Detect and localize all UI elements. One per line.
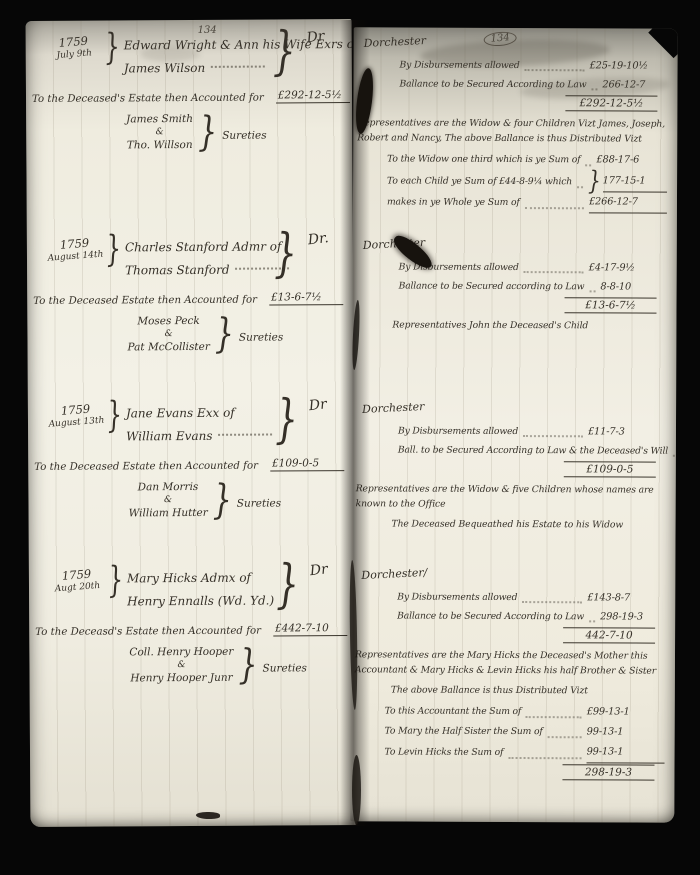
disbursements-amount: £4-17-9½ [589,258,667,277]
dotted-leader [589,290,595,292]
debtor-name-line2: Henry Ennalls (Wd. Yd.) [127,589,289,613]
balance-amount: 8-8-10 [600,277,666,296]
representatives-note: Representatives are the Mary Hicks the D… [355,647,669,678]
ledger-entry-stanford: 1759 August 14th } Charles Stanford Admr… [27,233,354,355]
ledger-entry-evans: 1759 August 13th } Jane Evans Exx of Wil… [28,399,355,521]
account-amount: £442-7-10 [273,622,347,636]
bleed-through-smudge [140,46,200,62]
brace-glyph: } [198,109,217,156]
debtor-names: Jane Evans Exx of William Evans [126,401,288,448]
brace-glyph: } [103,25,121,68]
account-amount: £292-12-5½ [276,89,350,103]
dotted-leader [589,620,595,622]
bequest-note: The Deceased Bequeathed his Estate to hi… [392,516,670,532]
distribution-amount: £88-17-6 [596,150,667,170]
dr-abbreviation: Dr [308,396,328,414]
dr-abbreviation: Dr. [307,230,329,248]
credit-rows: By Disbursements allowed £11-7-3 Ball. t… [398,421,666,477]
balance-amount: 298-19-3 [600,607,665,626]
representatives-note: Representatives are the Widow & five Chi… [356,481,670,512]
debtor-name-line1: Mary Hicks Admx of [127,566,289,590]
brace-glyph: } [104,227,122,270]
credit-rows: By Disbursements allowed £143-8-7 Ballan… [397,587,665,643]
ampersand: & [126,126,193,139]
brace-glyph: } [215,311,234,358]
total-amount: £13-6-7½ [564,297,656,313]
dr-abbreviation: Dr [306,28,326,46]
ledger-entry-hicks: 1759 Augt 20th } Mary Hicks Admx of Henr… [29,564,356,686]
debtor-name-line2: James Wilson [124,56,286,80]
representatives-note: Representatives are the Widow & four Chi… [357,115,671,146]
account-line: To the Deceased Estate then Accounted fo… [33,291,339,307]
account-text: To the Deceased's Estate then Accounted … [32,93,264,105]
ledger-scan-photo: 134 1759 July 9th } Edward Wright & Ann … [0,0,700,875]
surety-name-1: Coll. Henry Hooper [129,646,233,660]
brace-glyph: } [588,167,601,193]
distribution-amount: 177-15-1 [603,171,668,192]
distribution-label: To Mary the Half Sister the Sum of [385,721,543,742]
brace-glyph: } [106,558,124,601]
distribution-row: To Levin Hicks the Sum of 99-13-1 [385,741,665,763]
credit-section-hicks: Dorchester/ By Disbursements allowed £14… [350,567,675,780]
dotted-leader [526,716,582,718]
debtor-name-line2: William Evans [126,424,288,448]
balance-label: Ballance to be Secured according to Law [399,276,585,296]
account-line: To the Deceased Estate then Accounted fo… [34,457,340,473]
surety-name-2: Pat McCollister [128,341,210,355]
brace-glyph: } [276,555,299,615]
distribution-row: To the Widow one third which is ye Sum o… [387,149,667,170]
distribution-rows: To this Accountant the Sum of £99-13-1 T… [384,701,664,780]
sureties-block: James Smith & Tho. Willson } Sureties [126,112,352,152]
disbursements-amount: £11-7-3 [588,422,666,441]
dotted-leader [577,186,583,188]
ampersand: & [127,328,209,342]
distribution-label: To the Widow one third which is ye Sum o… [387,149,580,170]
account-amount: £13-6-7½ [269,291,343,305]
distribution-total: £266-12-7 [589,192,667,213]
ink-blot [196,812,220,819]
dotted-leader [524,271,584,273]
sureties-label: Sureties [237,497,281,509]
total-row: £109-0-5 [398,460,656,477]
total-amount: £109-0-5 [564,461,656,477]
sureties-label: Sureties [222,129,266,141]
distribution-total: 298-19-3 [562,764,654,780]
dotted-leader [525,207,584,209]
distribution-total-row: 298-19-3 [384,763,654,780]
brace-glyph: } [213,477,232,524]
total-amount: 442-7-10 [563,627,655,643]
surety-name-2: Henry Hooper Junr [130,672,234,686]
sureties-block: Moses Peck & Pat McCollister } Sureties [127,314,353,354]
representatives-note: Representatives John the Deceased's Chil… [392,317,670,333]
dotted-leader [218,434,272,436]
debtor-names: Charles Stanford Admr of Thomas Stanford [125,235,287,282]
distribution-label: To this Accountant the Sum of [385,701,522,722]
disbursements-label: By Disbursements allowed [398,421,518,441]
total-row: £13-6-7½ [398,296,656,313]
disbursements-row: By Disbursements allowed £4-17-9½ [399,257,667,277]
sureties-block: Coll. Henry Hooper & Henry Hooper Junr }… [129,645,355,685]
distribution-amount: 99-13-1 [587,742,665,763]
debtor-names: Mary Hicks Admx of Henry Ennalls (Wd. Yd… [127,566,289,613]
sureties-label: Sureties [262,662,306,674]
account-line: To the Deceasd's Estate then Accounted f… [35,622,341,638]
entry-date: 1759 July 9th } [31,32,117,63]
disbursements-amount: £25-19-10½ [590,56,668,75]
sureties-block: Dan Morris & William Hutter } Sureties [128,480,354,520]
surety-names: James Smith & Tho. Willson [126,113,193,152]
distribution-label: To each Child ye Sum of £44-8-9¼ which [387,171,572,192]
entry-date: 1759 August 14th } [32,234,118,265]
distribution-note: The above Ballance is thus Distributed V… [391,682,669,698]
distribution-amount: 99-13-1 [587,722,665,742]
surety-name-1: Dan Morris [128,481,207,494]
brace-glyph: } [275,390,298,450]
balance-row: Ball. to be Secured According to Law & t… [398,440,666,460]
account-amount: £109-0-5 [270,457,344,471]
distribution-row: To each Child ye Sum of £44-8-9¼ which }… [387,169,667,192]
disbursements-row: By Disbursements allowed £143-8-7 [397,587,665,607]
sureties-label: Sureties [239,331,283,343]
surety-names: Dan Morris & William Hutter [128,481,207,520]
account-text: To the Deceased Estate then Accounted fo… [33,295,257,307]
surety-names: Moses Peck & Pat McCollister [127,315,210,355]
debtor-name-line1: Charles Stanford Admr of [125,235,287,259]
surety-name-1: Moses Peck [127,315,209,329]
entry-date: 1759 Augt 20th } [34,565,120,596]
distribution-rows: To the Widow one third which is ye Sum o… [387,149,667,213]
ink-streak [352,755,361,825]
distribution-amount: £99-13-1 [587,702,665,722]
distribution-row: makes in ye Whole ye Sum of £266-12-7 [387,191,667,213]
distribution-label: makes in ye Whole ye Sum of [387,192,520,213]
dotted-leader [522,601,582,603]
balance-label: Ballance to be Secured According to Law [397,606,584,626]
balance-label: Ball. to be Secured According to Law & t… [398,440,668,460]
county-heading: Dorchester [362,400,425,416]
total-row: 442-7-10 [397,626,655,643]
page-left: 134 1759 July 9th } Edward Wright & Ann … [26,19,357,827]
credit-section-evans: Dorchester By Disbursements allowed £11-… [352,401,677,532]
account-text: To the Deceased Estate then Accounted fo… [34,461,258,473]
dotted-leader [548,736,582,738]
balance-row: Ballance to be Secured according to Law … [399,276,667,296]
debtor-name-line2: Thomas Stanford [125,258,287,282]
distribution-row: To Mary the Half Sister the Sum of 99-13… [385,721,665,742]
credit-rows: By Disbursements allowed £4-17-9½ Ballan… [398,257,666,313]
brace-glyph: } [238,641,257,688]
brace-glyph: } [105,393,123,436]
page-right: 134 Dorchester By Disbursements allowed … [350,27,677,822]
distribution-row: To this Accountant the Sum of £99-13-1 [385,701,665,722]
surety-name-2: William Hutter [129,507,208,520]
dotted-leader [523,435,583,437]
dotted-leader [673,455,678,457]
disbursements-amount: £143-8-7 [587,588,665,607]
brace-glyph: } [274,224,297,284]
balance-row: Ballance to be Secured According to Law … [397,606,665,626]
dr-abbreviation: Dr [309,561,329,579]
surety-names: Coll. Henry Hooper & Henry Hooper Junr [129,646,233,686]
surety-name-2: Tho. Willson [126,139,193,152]
dotted-leader [525,69,585,71]
entry-date: 1759 August 13th } [33,400,119,431]
disbursements-row: By Disbursements allowed £11-7-3 [398,421,666,441]
total-row: £292-12-5½ [399,94,657,111]
ampersand: & [129,659,233,673]
distribution-label: To Levin Hicks the Sum of [385,742,504,763]
surety-name-1: James Smith [126,113,193,126]
disbursements-label: By Disbursements allowed [397,587,517,607]
ampersand: & [128,494,207,507]
brace-glyph: } [273,22,296,82]
debtor-name-line1: Jane Evans Exx of [126,401,288,425]
county-heading: Dorchester [363,34,426,50]
county-heading: Dorchester/ [361,566,428,582]
dotted-leader [508,757,581,759]
dotted-leader [211,66,265,68]
account-line: To the Deceased's Estate then Accounted … [32,89,338,105]
account-text: To the Deceasd's Estate then Accounted f… [35,626,261,638]
